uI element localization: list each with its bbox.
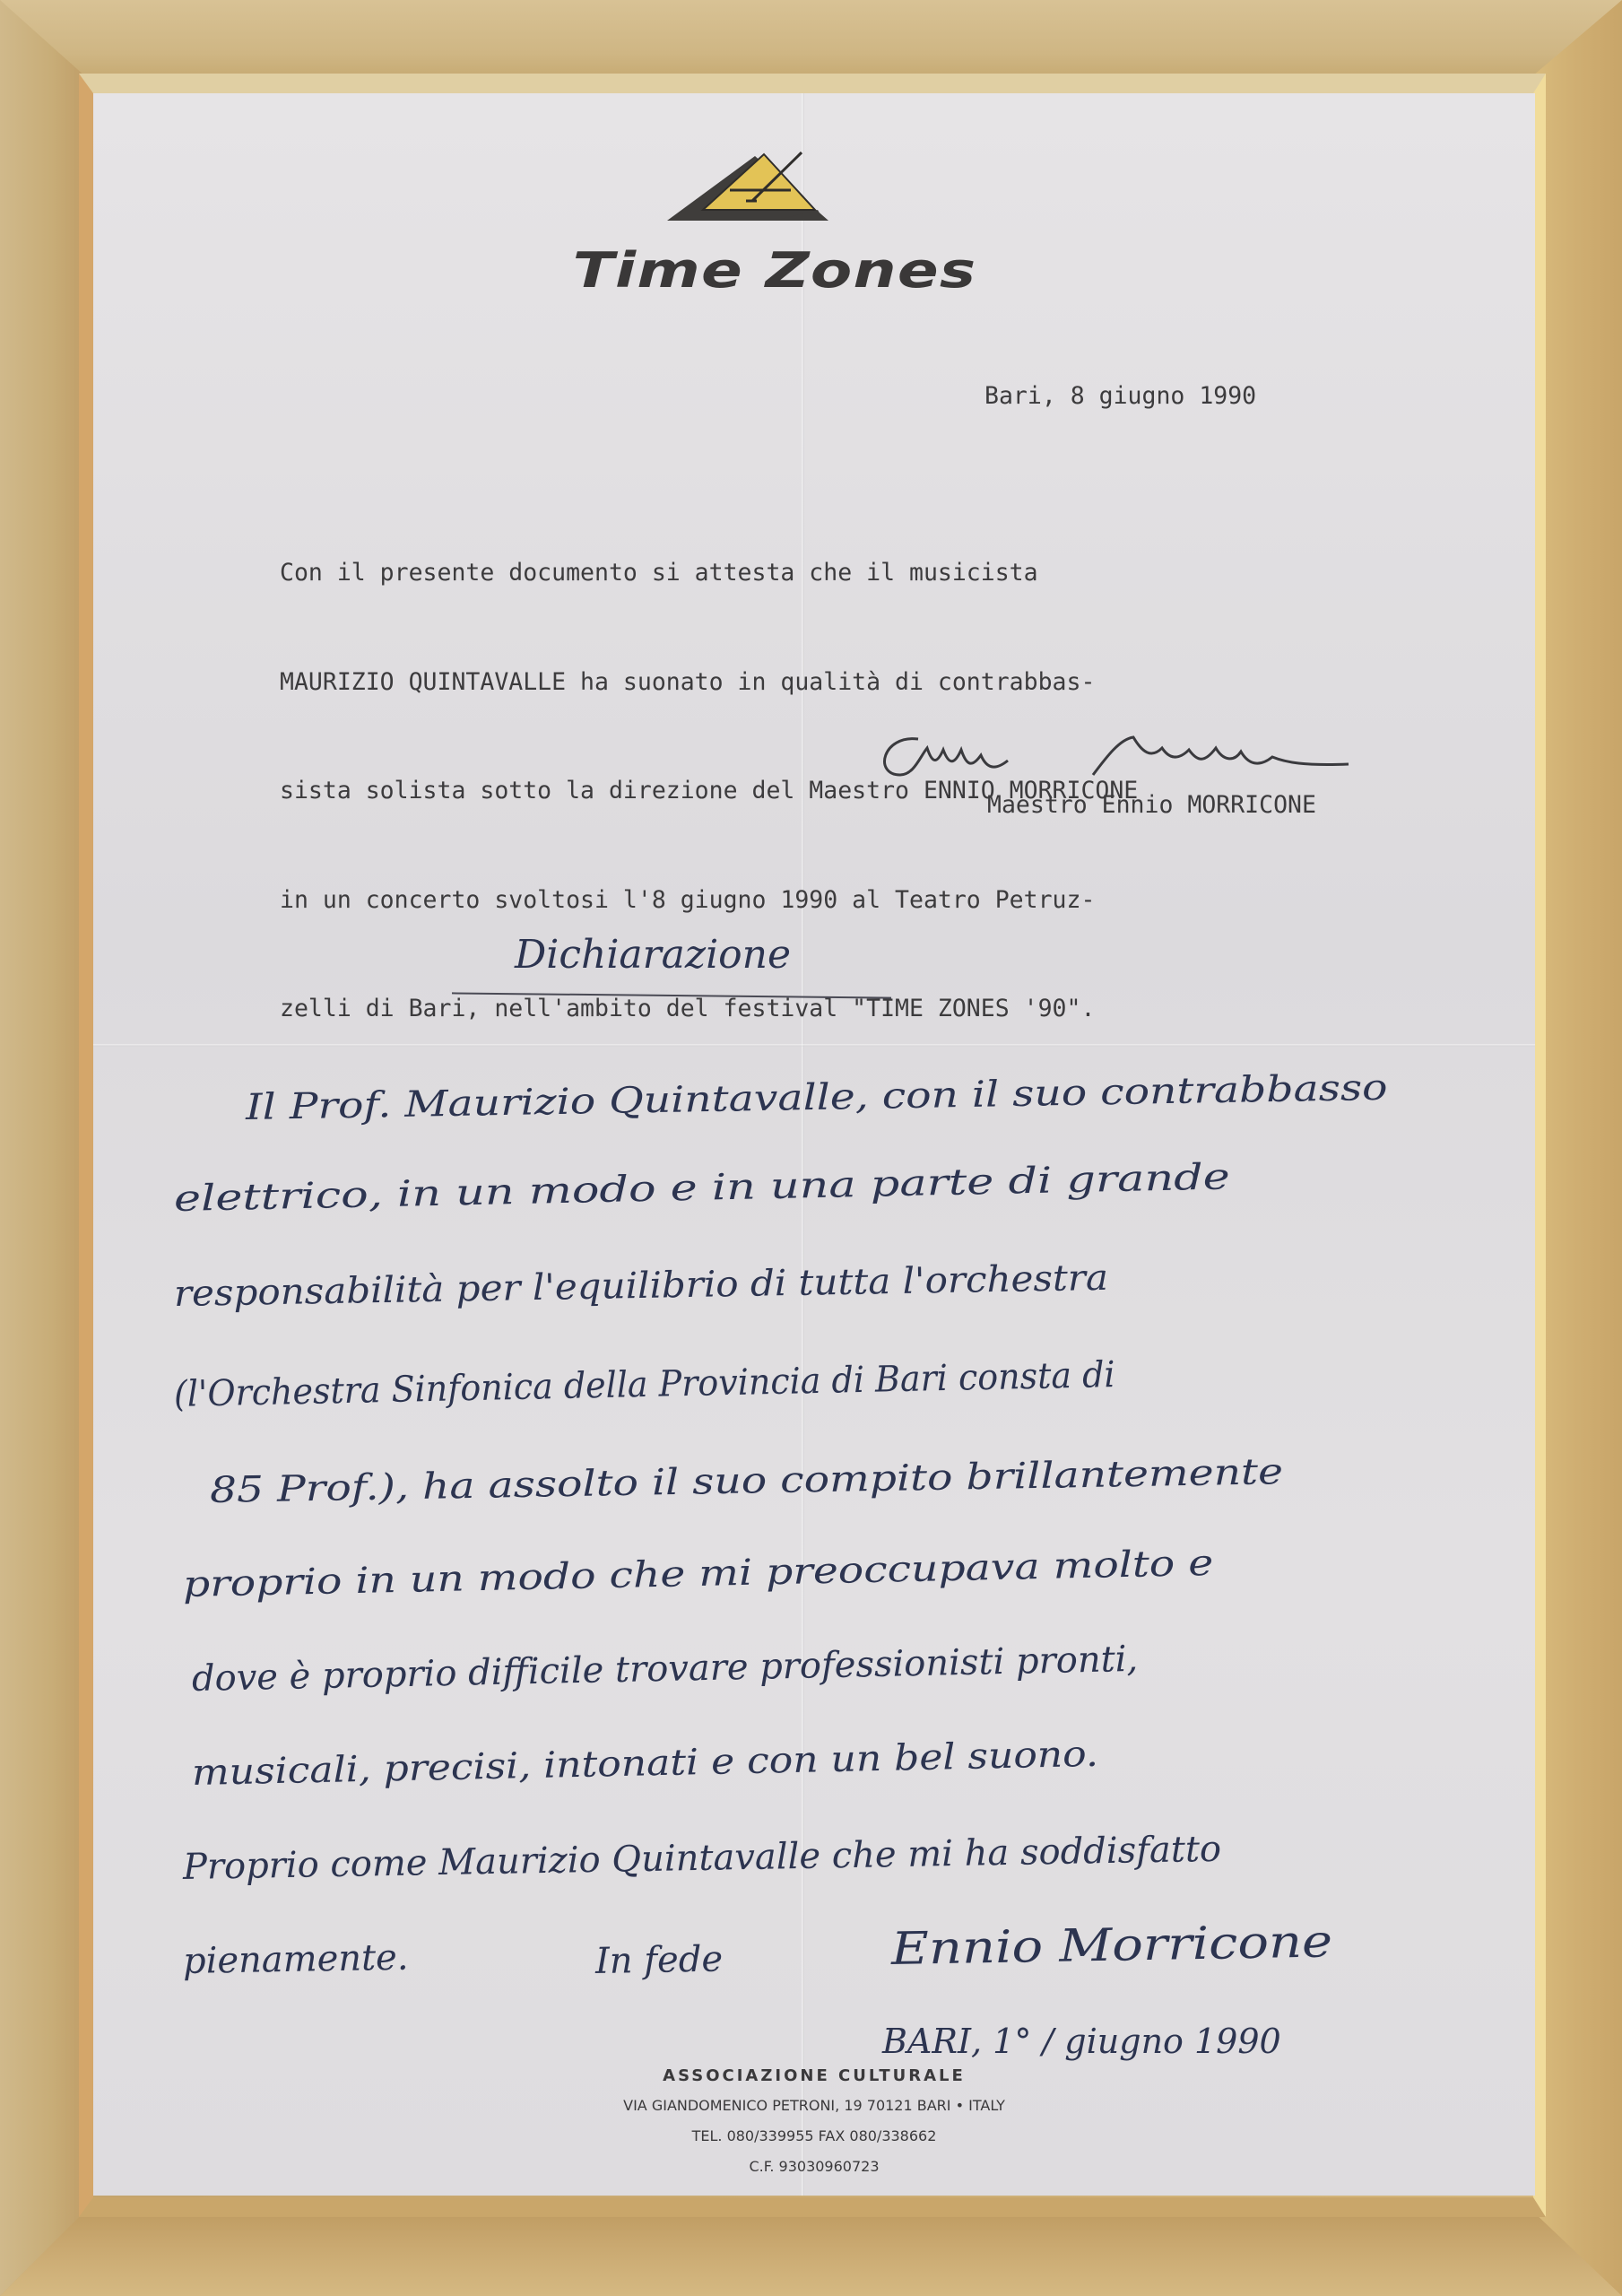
declaration-line: elettrico, in un modo e in una parte di … bbox=[174, 1156, 1231, 1220]
frame-right-rail bbox=[1532, 0, 1622, 2296]
picture-frame: Time Zones Bari, 8 giugno 1990 Con il pr… bbox=[0, 0, 1622, 2296]
declaration-line: musicali, precisi, intonati e con un bel… bbox=[192, 1734, 1099, 1794]
letterhead-brand-name: Time Zones bbox=[416, 242, 1133, 299]
declaration-line: proprio in un modo che mi preoccupava mo… bbox=[183, 1543, 1214, 1605]
declaration-line: responsabilità per l'equilibrio di tutta… bbox=[174, 1257, 1109, 1315]
declaration-closing: In fede bbox=[595, 1939, 724, 1982]
frame-left-rail bbox=[0, 0, 85, 2296]
footer-phone-fax: TEL. 080/339955 FAX 080/338662 bbox=[93, 2127, 1535, 2144]
declaration-line: 85 Prof.), ha assolto il suo compito bri… bbox=[210, 1451, 1284, 1511]
certificate-line: MAURIZIO QUINTAVALLE ha suonato in quali… bbox=[280, 665, 1517, 701]
declaration-place-date: BARI, 1° / giugno 1990 bbox=[882, 2022, 1281, 2061]
footer-tax-code: C.F. 93030960723 bbox=[93, 2158, 1535, 2175]
certificate-date: Bari, 8 giugno 1990 bbox=[984, 382, 1256, 410]
certificate-line: in un concerto svoltosi l'8 giugno 1990 … bbox=[280, 883, 1517, 919]
mountain-triangle-logo-icon bbox=[667, 147, 918, 228]
letter-document: Time Zones Bari, 8 giugno 1990 Con il pr… bbox=[93, 93, 1535, 2196]
frame-top-rail bbox=[0, 0, 1622, 76]
declaration-line: dove è proprio difficile trovare profess… bbox=[192, 1639, 1139, 1700]
declaration-line: Proprio come Maurizio Quintavalle che mi… bbox=[183, 1829, 1222, 1888]
declaration-line: (l'Orchestra Sinfonica della Provincia d… bbox=[174, 1354, 1116, 1415]
certificate-line: Con il presente documento si attesta che… bbox=[280, 555, 1517, 592]
paper-fold-vertical bbox=[802, 93, 804, 2196]
signatory-name: Maestro Ennio MORRICONE bbox=[987, 791, 1316, 819]
certificate-line: zelli di Bari, nell'ambito del festival … bbox=[280, 991, 1517, 1028]
declaration-title: Dichiarazione bbox=[515, 932, 791, 978]
signature-scrawl-icon bbox=[864, 721, 1528, 793]
footer-organization: ASSOCIAZIONE CULTURALE bbox=[93, 2066, 1535, 2085]
declaration-line: pienamente. bbox=[183, 1937, 409, 1982]
declaration-signature: Ennio Morricone bbox=[890, 1915, 1332, 1975]
footer-address: VIA GIANDOMENICO PETRONI, 19 70121 BARI … bbox=[93, 2097, 1535, 2114]
frame-bottom-rail bbox=[0, 2211, 1622, 2296]
